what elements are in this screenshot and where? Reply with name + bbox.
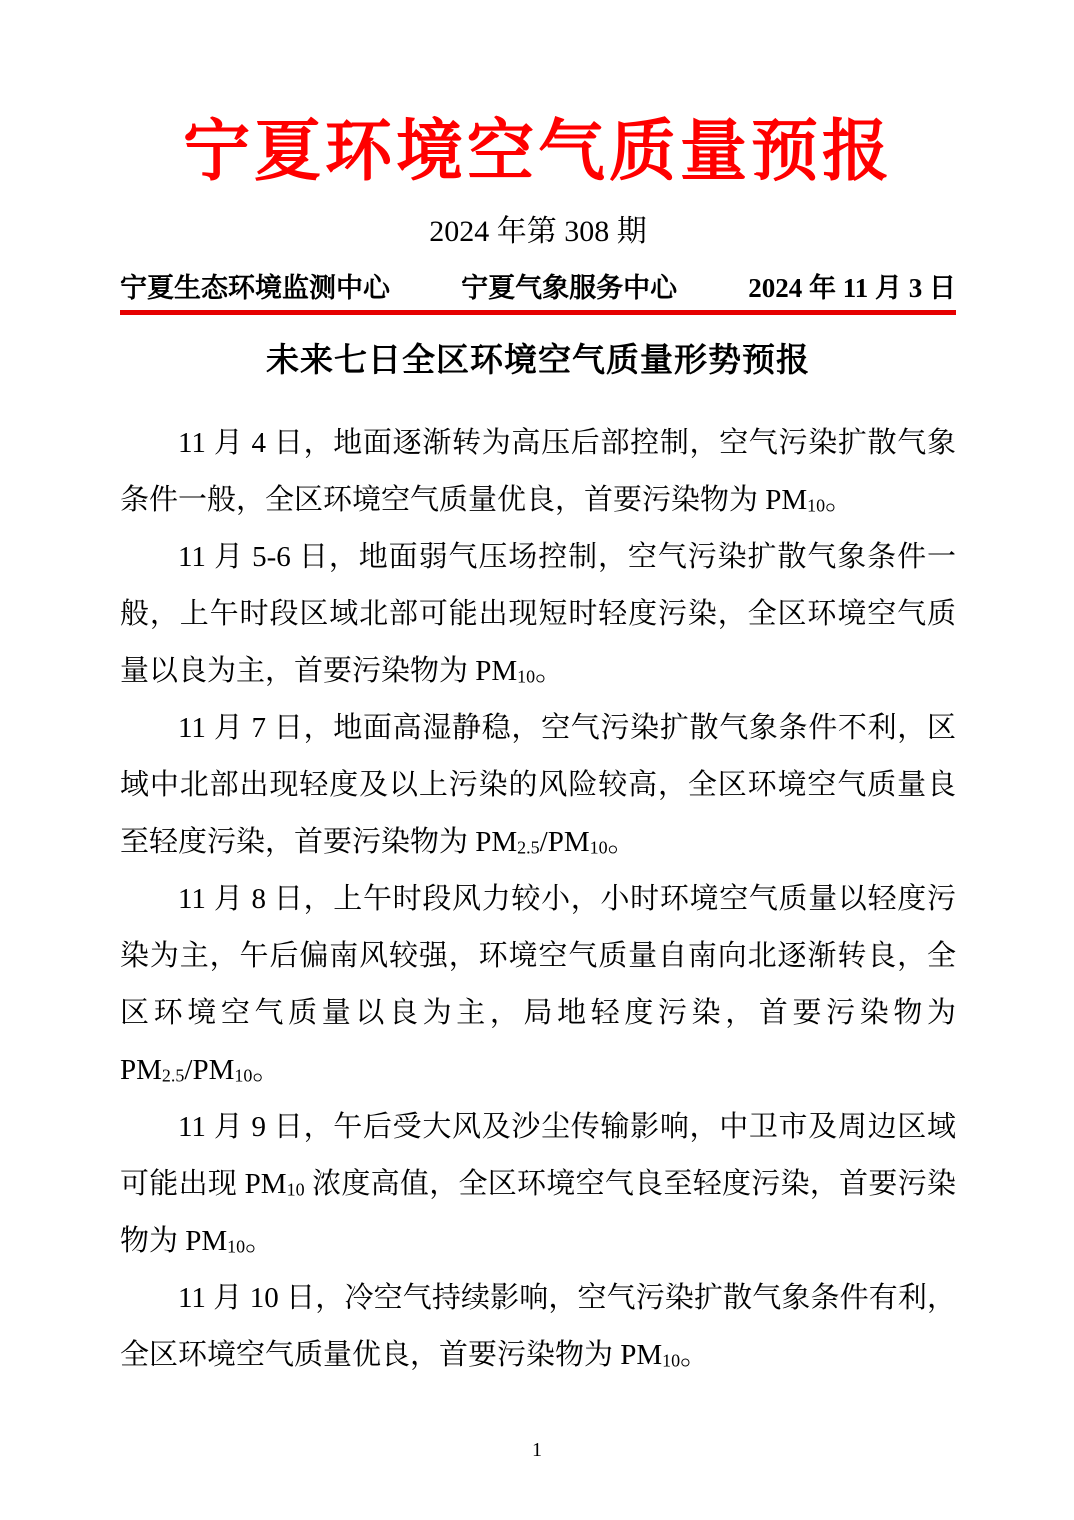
issuer-weather-service-center: 宁夏气象服务中心 bbox=[461, 270, 677, 306]
forecast-paragraph: 11 月 8 日，上午时段风力较小，小时环境空气质量以轻度污染为主，午后偏南风较… bbox=[120, 871, 956, 1099]
pollutant-subscript: 10 bbox=[590, 838, 608, 858]
red-divider-rule bbox=[120, 310, 956, 315]
pollutant-subscript: 2.5 bbox=[162, 1066, 184, 1086]
page-number: 1 bbox=[0, 1439, 1074, 1462]
issuer-monitoring-center: 宁夏生态环境监测中心 bbox=[120, 270, 390, 306]
pollutant-subscript: 10 bbox=[807, 496, 825, 516]
forecast-paragraph: 11 月 5-6 日，地面弱气压场控制，空气污染扩散气象条件一般，上午时段区域北… bbox=[120, 529, 956, 700]
paragraph-text: 。 bbox=[608, 826, 637, 858]
forecast-paragraph: 11 月 9 日，午后受大风及沙尘传输影响，中卫市及周边区域可能出现 PM10 … bbox=[120, 1099, 956, 1270]
issue-number: 2024 年第 308 期 bbox=[120, 212, 956, 252]
pollutant-subscript: 10 bbox=[287, 1180, 305, 1200]
document-title: 宁夏环境空气质量预报 bbox=[120, 112, 956, 192]
forecast-paragraph: 11 月 10 日，冷空气持续影响，空气污染扩散气象条件有利，全区环境空气质量优… bbox=[120, 1270, 956, 1384]
paragraph-text: 。 bbox=[680, 1339, 709, 1371]
paragraph-text: /PM bbox=[540, 826, 590, 858]
section-title: 未来七日全区环境空气质量形势预报 bbox=[120, 339, 956, 383]
paragraph-text: 11 月 8 日，上午时段风力较小，小时环境空气质量以轻度污染为主，午后偏南风较… bbox=[120, 883, 956, 1086]
paragraph-text: 。 bbox=[245, 1225, 274, 1257]
forecast-paragraphs: 11 月 4 日，地面逐渐转为高压后部控制，空气污染扩散气象条件一般，全区环境空… bbox=[120, 415, 956, 1384]
paragraph-text: /PM bbox=[184, 1054, 234, 1086]
paragraph-text: 11 月 7 日，地面高湿静稳，空气污染扩散气象条件不利，区域中北部出现轻度及以… bbox=[120, 712, 956, 858]
paragraph-text: 。 bbox=[825, 484, 854, 516]
forecast-paragraph: 11 月 7 日，地面高湿静稳，空气污染扩散气象条件不利，区域中北部出现轻度及以… bbox=[120, 700, 956, 871]
pollutant-subscript: 10 bbox=[227, 1237, 245, 1257]
paragraph-text: 11 月 10 日，冷空气持续影响，空气污染扩散气象条件有利，全区环境空气质量优… bbox=[120, 1282, 956, 1371]
paragraph-text: 。 bbox=[535, 655, 564, 687]
document-page: 宁夏环境空气质量预报 2024 年第 308 期 宁夏生态环境监测中心 宁夏气象… bbox=[0, 0, 1074, 1520]
forecast-paragraph: 11 月 4 日，地面逐渐转为高压后部控制，空气污染扩散气象条件一般，全区环境空… bbox=[120, 415, 956, 529]
pollutant-subscript: 10 bbox=[234, 1066, 252, 1086]
masthead-row: 宁夏生态环境监测中心 宁夏气象服务中心 2024 年 11 月 3 日 bbox=[120, 270, 956, 306]
pollutant-subscript: 2.5 bbox=[517, 838, 539, 858]
paragraph-text: 。 bbox=[252, 1054, 281, 1086]
pollutant-subscript: 10 bbox=[517, 667, 535, 687]
pollutant-subscript: 10 bbox=[662, 1351, 680, 1371]
issue-date: 2024 年 11 月 3 日 bbox=[748, 270, 956, 306]
